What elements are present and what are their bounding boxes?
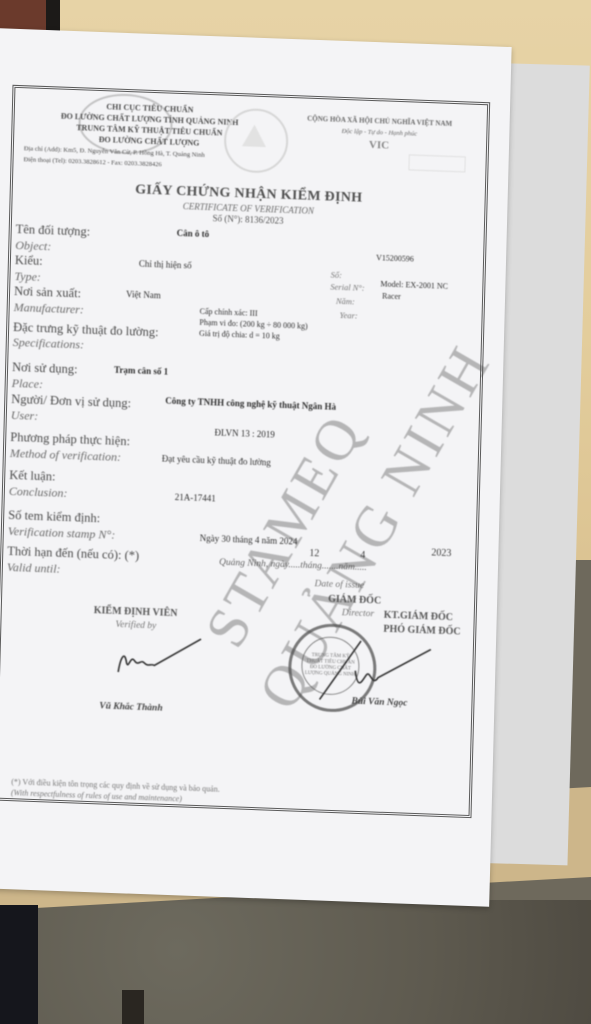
user-value: Công ty TNHH công nghệ kỹ thuật Ngân Hà [165, 396, 336, 412]
serial-label: Số: [331, 270, 343, 280]
place-value: Trạm cân số 1 [114, 365, 168, 377]
conclusion-label: Kết luận: [9, 468, 56, 485]
specifications-label-en: Specifications: [13, 335, 85, 353]
on-behalf-director: KT.GIÁM ĐỐC [384, 610, 454, 624]
place-label-en: Place: [12, 376, 44, 392]
manufacturer-label-en: Manufacturer: [13, 300, 84, 318]
verifier-title: KIỂM ĐỊNH VIÊN [94, 605, 178, 619]
stamp-number-label-en: Verification stamp N°: [8, 524, 116, 543]
type-label: Kiểu: [15, 253, 43, 269]
director-name: Bùi Văn Ngọc [351, 697, 407, 709]
chair-leg [122, 990, 144, 1024]
footnote: (*) Với điều kiện tôn trọng các quy định… [11, 776, 220, 806]
verifier-name: Vũ Khắc Thành [99, 701, 163, 713]
object-label-en: Object: [15, 238, 51, 254]
floor-shadow [0, 905, 38, 1024]
year-label-en: Year: [339, 310, 357, 321]
manufacturer-label: Nơi sản xuất: [14, 284, 81, 301]
type-value: Chỉ thị hiện số [139, 259, 192, 271]
model-label: Model: [380, 279, 403, 289]
certificate-paper: CHI CỤC TIÊU CHUẨN ĐO LƯỜNG CHẤT LƯỢNG T… [0, 28, 512, 907]
certificate-border-frame: CHI CỤC TIÊU CHUẨN ĐO LƯỜNG CHẤT LƯỢNG T… [0, 85, 490, 818]
stamp-number-value: 21A-17441 [175, 492, 216, 503]
brand-value: Racer [382, 291, 401, 301]
object-label: Tên đối tượng: [16, 222, 91, 240]
user-label-en: User: [11, 408, 39, 424]
code-box [408, 154, 465, 172]
national-motto-header: CỘNG HÒA XÃ HỘI CHỦ NGHĨA VIỆT NAM Độc l… [284, 112, 475, 155]
accuracy-class: Cấp chính xác: III [200, 307, 258, 318]
valid-until-label-en: Valid until: [7, 560, 61, 577]
year-label: Năm: [336, 296, 355, 307]
type-label-en: Type: [14, 269, 41, 285]
serial-label-en: Serial N°: [330, 282, 365, 293]
manufacturer-value: Việt Nam [126, 289, 161, 300]
verifier-signature-icon [110, 632, 211, 686]
scale-division: Giá trị độ chia: d = 10 kg [199, 329, 280, 341]
method-label-en: Method of verification: [10, 446, 122, 465]
verifier-title-en: Verified by [115, 620, 156, 631]
object-value: Cân ô tô [177, 228, 210, 239]
logo-triangle-icon [242, 124, 267, 147]
conclusion-value: Đạt yêu cầu kỹ thuật đo lường [162, 454, 271, 468]
floor-carpet [0, 900, 591, 1024]
conclusion-label-en: Conclusion: [9, 484, 68, 501]
model-value: EX-2001 NC [405, 280, 448, 291]
issue-year: 2023 [431, 547, 451, 559]
place-label: Nơi sử dụng: [12, 360, 78, 377]
certificate-content: CHI CỤC TIÊU CHUẨN ĐO LƯỜNG CHẤT LƯỢNG T… [0, 88, 487, 815]
serial-value: V15200596 [376, 253, 414, 263]
method-value: ĐLVN 13 : 2019 [214, 427, 275, 439]
